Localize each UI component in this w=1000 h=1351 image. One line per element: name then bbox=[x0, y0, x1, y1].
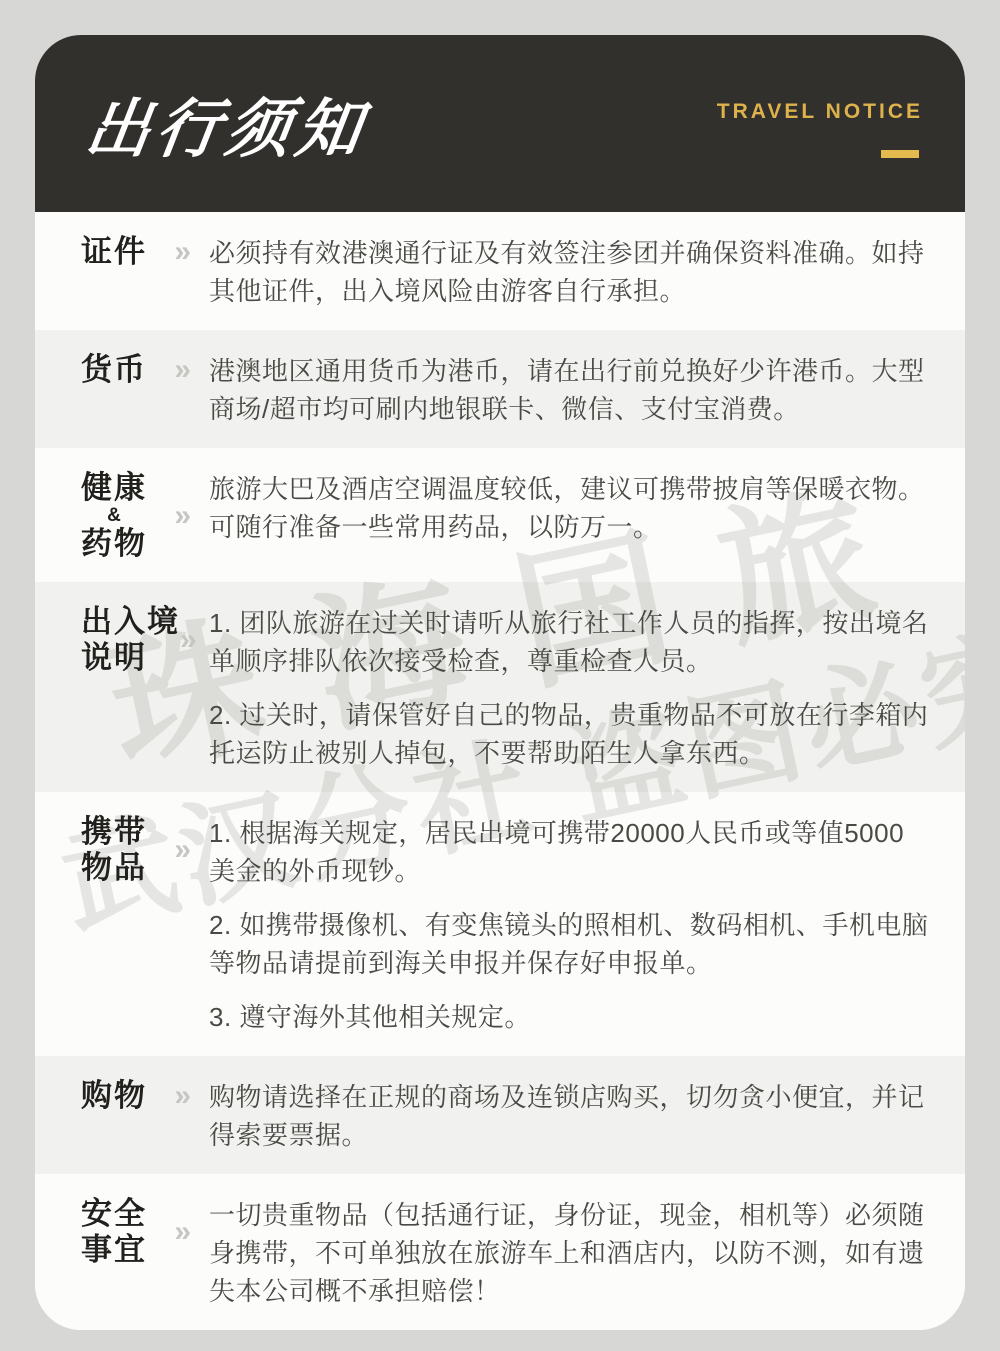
chevron-right-icon: » bbox=[174, 237, 199, 267]
section-label: 出入境说明» bbox=[81, 604, 209, 676]
header-subtitle: TRAVEL NOTICE bbox=[717, 100, 923, 124]
section-label-text: 健康 bbox=[81, 470, 147, 506]
section-row: 健康&药物»旅游大巴及酒店空调温度较低，建议可携带披肩等保暖衣物。可随行准备一些… bbox=[35, 448, 965, 582]
section-label-text: 物品 bbox=[81, 850, 147, 886]
section-paragraphs: 必须持有效港澳通行证及有效签注参团并确保资料准确。如持其他证件，出入境风险由游客… bbox=[209, 234, 929, 310]
section-inner: 出入境说明»1. 团队旅游在过关时请听从旅行社工作人员的指挥，按出境名单顺序排队… bbox=[35, 582, 965, 792]
page: 出行须知 TRAVEL NOTICE 证件»必须持有效港澳通行证及有效签注参团并… bbox=[0, 0, 1000, 1351]
section-paragraph: 必须持有效港澳通行证及有效签注参团并确保资料准确。如持其他证件，出入境风险由游客… bbox=[209, 234, 929, 310]
section-label: 安全事宜» bbox=[81, 1196, 209, 1268]
section-paragraphs: 一切贵重物品（包括通行证，身份证，现金，相机等）必须随身携带，不可单独放在旅游车… bbox=[209, 1196, 929, 1310]
sections-list: 证件»必须持有效港澳通行证及有效签注参团并确保资料准确。如持其他证件，出入境风险… bbox=[35, 212, 965, 1330]
section-inner: 携带物品»1. 根据海关规定，居民出境可携带20000人民币或等值5000美金的… bbox=[35, 792, 965, 1056]
section-label-text: 货币 bbox=[81, 352, 147, 388]
section-row: 证件»必须持有效港澳通行证及有效签注参团并确保资料准确。如持其他证件，出入境风险… bbox=[35, 212, 965, 330]
section-paragraphs: 港澳地区通用货币为港币，请在出行前兑换好少许港币。大型商场/超市均可刷内地银联卡… bbox=[209, 352, 929, 428]
section-inner: 购物»购物请选择在正规的商场及连锁店购买，切勿贪小便宜，并记得索要票据。 bbox=[35, 1056, 965, 1174]
gold-dash-icon bbox=[881, 150, 919, 158]
section-row: 出入境说明»1. 团队旅游在过关时请听从旅行社工作人员的指挥，按出境名单顺序排队… bbox=[35, 582, 965, 792]
section-inner: 货币»港澳地区通用货币为港币，请在出行前兑换好少许港币。大型商场/超市均可刷内地… bbox=[35, 330, 965, 448]
section-row: 携带物品»1. 根据海关规定，居民出境可携带20000人民币或等值5000美金的… bbox=[35, 792, 965, 1056]
section-label: 证件» bbox=[81, 234, 209, 270]
section-paragraph: 一切贵重物品（包括通行证，身份证，现金，相机等）必须随身携带，不可单独放在旅游车… bbox=[209, 1196, 929, 1310]
section-label-lines: 健康&药物 bbox=[81, 470, 147, 562]
section-paragraph: 购物请选择在正规的商场及连锁店购买，切勿贪小便宜，并记得索要票据。 bbox=[209, 1078, 929, 1154]
section-label-text: 购物 bbox=[81, 1078, 147, 1114]
section-paragraph: 港澳地区通用货币为港币，请在出行前兑换好少许港币。大型商场/超市均可刷内地银联卡… bbox=[209, 352, 929, 428]
section-paragraphs: 1. 根据海关规定，居民出境可携带20000人民币或等值5000美金的外币现钞。… bbox=[209, 814, 929, 1036]
section-paragraph: 旅游大巴及酒店空调温度较低，建议可携带披肩等保暖衣物。可随行准备一些常用药品，以… bbox=[209, 470, 929, 546]
section-label-lines: 携带物品 bbox=[81, 814, 147, 886]
section-label-lines: 购物 bbox=[81, 1078, 147, 1114]
section-label-text: 安全 bbox=[81, 1196, 147, 1232]
section-label-text: 药物 bbox=[81, 526, 147, 562]
section-label-lines: 安全事宜 bbox=[81, 1196, 147, 1268]
chevron-right-icon: » bbox=[174, 501, 199, 531]
page-title: 出行须知 bbox=[81, 78, 374, 170]
section-paragraph: 1. 根据海关规定，居民出境可携带20000人民币或等值5000美金的外币现钞。 bbox=[209, 814, 929, 890]
card-header: 出行须知 TRAVEL NOTICE bbox=[35, 35, 965, 212]
section-label-text: 说明 bbox=[81, 640, 180, 676]
section-label: 携带物品» bbox=[81, 814, 209, 886]
chevron-right-icon: » bbox=[180, 625, 205, 655]
section-inner: 证件»必须持有效港澳通行证及有效签注参团并确保资料准确。如持其他证件，出入境风险… bbox=[35, 212, 965, 330]
section-label-text: 携带 bbox=[81, 814, 147, 850]
section-label-text: & bbox=[81, 506, 147, 526]
section-label-text: 出入境 bbox=[81, 604, 180, 640]
section-label-lines: 货币 bbox=[81, 352, 147, 388]
section-paragraph: 2. 如携带摄像机、有变焦镜头的照相机、数码相机、手机电脑等物品请提前到海关申报… bbox=[209, 906, 929, 982]
section-inner: 安全事宜»一切贵重物品（包括通行证，身份证，现金，相机等）必须随身携带，不可单独… bbox=[35, 1174, 965, 1330]
header-right: TRAVEL NOTICE bbox=[717, 90, 923, 158]
section-label: 货币» bbox=[81, 352, 209, 388]
section-paragraphs: 购物请选择在正规的商场及连锁店购买，切勿贪小便宜，并记得索要票据。 bbox=[209, 1078, 929, 1154]
section-paragraph: 2. 过关时，请保管好自己的物品，贵重物品不可放在行李箱内托运防止被别人掉包，不… bbox=[209, 696, 929, 772]
section-inner: 健康&药物»旅游大巴及酒店空调温度较低，建议可携带披肩等保暖衣物。可随行准备一些… bbox=[35, 448, 965, 582]
section-label-text: 事宜 bbox=[81, 1232, 147, 1268]
chevron-right-icon: » bbox=[174, 1081, 199, 1111]
section-paragraphs: 1. 团队旅游在过关时请听从旅行社工作人员的指挥，按出境名单顺序排队依次接受检查… bbox=[209, 604, 929, 772]
section-paragraph: 3. 遵守海外其他相关规定。 bbox=[209, 998, 929, 1036]
section-label-lines: 证件 bbox=[81, 234, 147, 270]
section-label-text: 证件 bbox=[81, 234, 147, 270]
section-label-lines: 出入境说明 bbox=[81, 604, 180, 676]
chevron-right-icon: » bbox=[174, 355, 199, 385]
section-row: 购物»购物请选择在正规的商场及连锁店购买，切勿贪小便宜，并记得索要票据。 bbox=[35, 1056, 965, 1174]
notice-card: 出行须知 TRAVEL NOTICE 证件»必须持有效港澳通行证及有效签注参团并… bbox=[35, 35, 965, 1330]
section-paragraph: 1. 团队旅游在过关时请听从旅行社工作人员的指挥，按出境名单顺序排队依次接受检查… bbox=[209, 604, 929, 680]
section-label: 购物» bbox=[81, 1078, 209, 1114]
chevron-right-icon: » bbox=[174, 835, 199, 865]
section-label: 健康&药物» bbox=[81, 470, 209, 562]
section-row: 安全事宜»一切贵重物品（包括通行证，身份证，现金，相机等）必须随身携带，不可单独… bbox=[35, 1174, 965, 1330]
chevron-right-icon: » bbox=[174, 1217, 199, 1247]
section-paragraphs: 旅游大巴及酒店空调温度较低，建议可携带披肩等保暖衣物。可随行准备一些常用药品，以… bbox=[209, 470, 929, 562]
section-row: 货币»港澳地区通用货币为港币，请在出行前兑换好少许港币。大型商场/超市均可刷内地… bbox=[35, 330, 965, 448]
